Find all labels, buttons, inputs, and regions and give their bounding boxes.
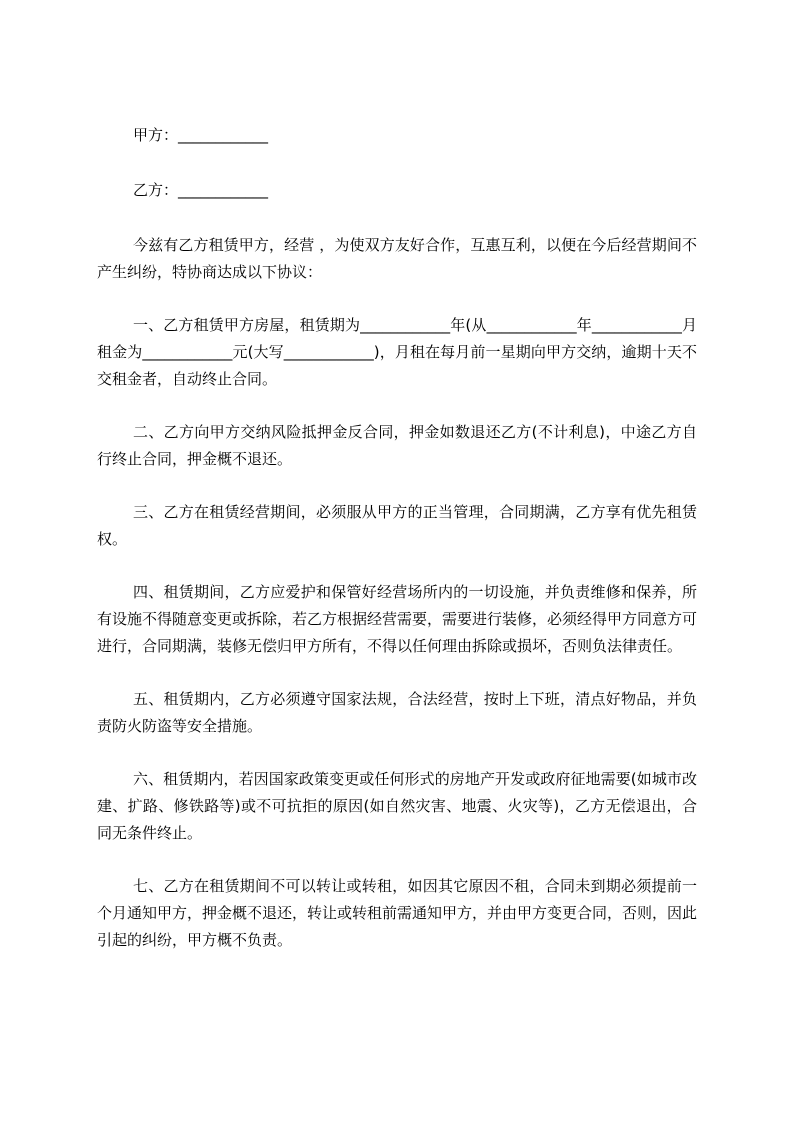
contract-document-page: 甲方：____________ 乙方：____________ 今兹有乙方租赁甲… bbox=[0, 0, 793, 1122]
intro-paragraph: 今兹有乙方租赁甲方，经营 ，为使双方友好合作，互惠互利，以便在今后经营期间不产生… bbox=[97, 232, 697, 286]
party-a-blank-line: 甲方：____________ bbox=[97, 122, 697, 149]
party-b-blank-line: 乙方：____________ bbox=[97, 177, 697, 204]
clause-1-lease-term-and-rent: 一、乙方租赁甲方房屋，租赁期为____________年(从__________… bbox=[97, 312, 697, 393]
clause-7-no-transfer-sublease: 七、乙方在租赁期间不可以转让或转租，如因其它原因不租，合同未到期必须提前一个月通… bbox=[97, 873, 697, 954]
clause-3-management-priority: 三、乙方在租赁经营期间，必须服从甲方的正当管理，合同期满，乙方享有优先租赁权。 bbox=[97, 499, 697, 553]
clause-4-facilities-renovation: 四、租赁期间，乙方应爱护和保管好经营场所内的一切设施，并负责维修和保养，所有设施… bbox=[97, 579, 697, 660]
clause-5-legal-operation-safety: 五、租赁期内，乙方必须遵守国家法规，合法经营，按时上下班，清点好物品，并负责防火… bbox=[97, 686, 697, 740]
clause-6-force-majeure-termination: 六、租赁期内，若因国家政策变更或任何形式的房地产开发或政府征地需要(如城市改建、… bbox=[97, 766, 697, 847]
clause-2-deposit: 二、乙方向甲方交纳风险抵押金反合同，押金如数退还乙方(不计利息)，中途乙方自行终… bbox=[97, 419, 697, 473]
